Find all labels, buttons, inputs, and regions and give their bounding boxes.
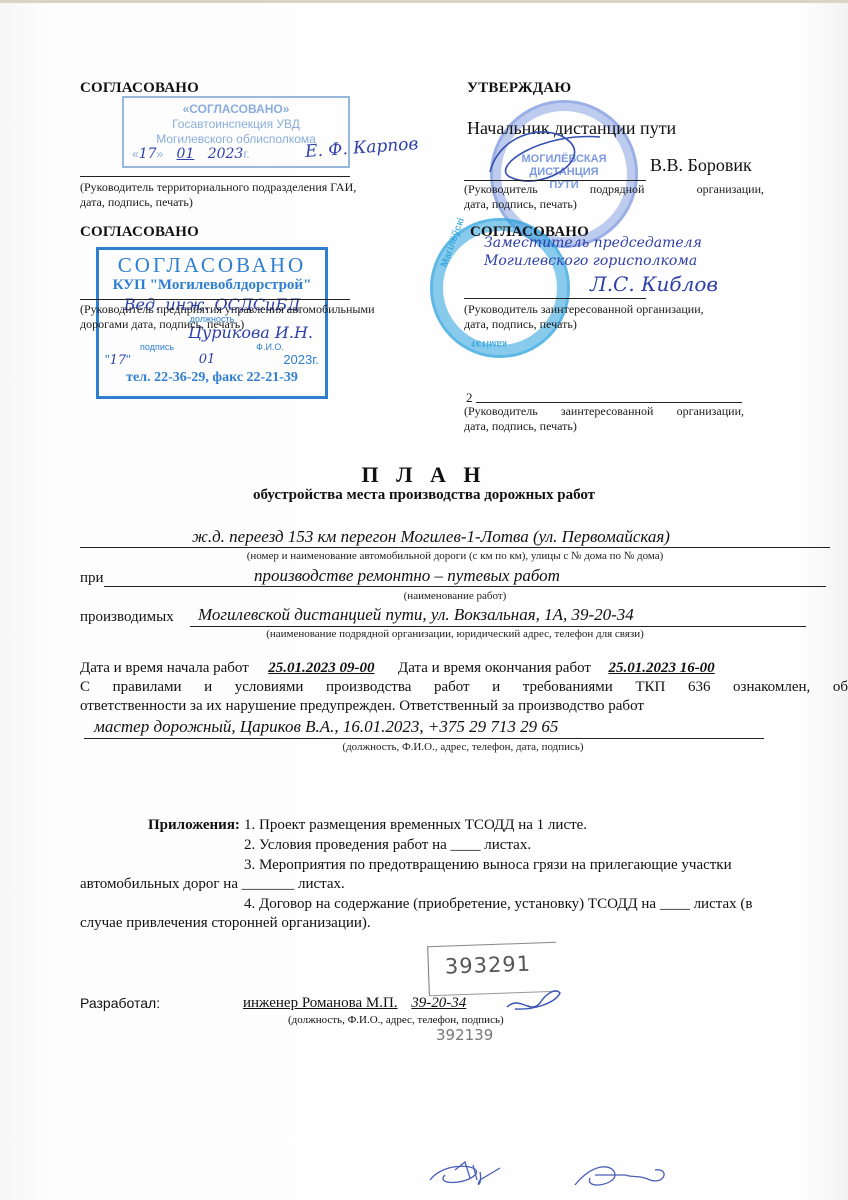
document-page: СОГЛАСОВАНО «СОГЛАСОВАНО» Госавтоинспекц… — [0, 0, 848, 1200]
gai-stamp-year: 2023 — [208, 146, 244, 162]
gai-caption: (Руководитель территориального подраздел… — [80, 180, 356, 210]
approve-caption-line2: дата, подпись, печать) — [464, 197, 764, 212]
contractor-field-caption: (наименование подрядной организации, юри… — [80, 628, 830, 640]
approve-name: В.В. Боровик — [650, 155, 752, 176]
interested1-caption-line1: (Руководитель заинтересованной организац… — [464, 302, 704, 317]
road-field-line — [80, 547, 830, 548]
approve-caption: (Руководитель подрядной организации, дат… — [464, 182, 764, 212]
city-stamp-text-top: Магілёўскі — [439, 216, 467, 268]
registration-number: 393291 — [428, 943, 557, 979]
attachments-label: Приложения: — [148, 817, 240, 834]
interested1-caption-line2: дата, подпись, печать) — [464, 317, 704, 332]
interested2-caption-line1: (Руководитель заинтересованной организац… — [464, 404, 744, 419]
bottom-signatures — [425, 1150, 685, 1195]
start-value: 25.01.2023 09-00 — [268, 660, 374, 676]
approve-signature-line — [464, 180, 646, 181]
works-field-value: производстве ремонтно – путевых работ — [254, 566, 560, 586]
plan-subtitle: обустройства места производства дорожных… — [0, 487, 848, 504]
rules-line2: ответственности за их нарушение предупре… — [80, 698, 644, 715]
responsible-field-value: мастер дорожный, Цариков В.А., 16.01.202… — [94, 717, 558, 737]
contractor-field-value: Могилевской дистанцией пути, ул. Вокзаль… — [198, 605, 634, 625]
road-approval-heading: СОГЛАСОВАНО — [80, 224, 199, 241]
interested1-handwritten-position: Заместитель председателя Могилевского го… — [484, 234, 724, 270]
contractor-field-line — [190, 626, 806, 627]
road-caption-line2: дорогами дата, подпись, печать) — [80, 317, 375, 332]
road-signature-line — [80, 299, 350, 300]
gai-stamp-month: 01 — [167, 146, 205, 162]
road-stamp-month: 01 — [199, 352, 216, 369]
interested1-signature-line — [464, 298, 646, 299]
developer-field: инженер Романова М.П. 39-20-34. — [243, 995, 530, 1012]
dates-row: Дата и время начала работ 25.01.2023 09-… — [80, 660, 715, 677]
road-caption: (Руководитель предприятия управления авт… — [80, 302, 375, 332]
handwritten-number-below: 392139 — [436, 1026, 493, 1044]
road-stamp-day: 17 — [110, 353, 127, 368]
interested1-handwritten-line1: Заместитель председателя — [484, 234, 724, 252]
gai-signature-line — [80, 176, 350, 177]
interested2-caption: (Руководитель заинтересованной организац… — [464, 404, 744, 434]
start-label: Дата и время начала работ — [80, 660, 249, 676]
interested2-signature-line — [476, 402, 742, 403]
approve-heading: УТВЕРЖДАЮ — [467, 80, 571, 97]
road-stamp-year: 2023г. — [283, 352, 319, 369]
interested1-signature: Л.С. Киблов — [590, 272, 718, 296]
responsible-field-line — [84, 738, 764, 739]
interested2-number: 2 — [466, 390, 473, 405]
developer-value: инженер Романова М.П. — [243, 995, 398, 1011]
works-field-caption: (наименование работ) — [80, 590, 830, 602]
plan-title: П Л А Н — [0, 462, 848, 488]
gai-stamp-day: 17 — [139, 146, 157, 162]
attachment-item-3-line1: 3. Мероприятия по предотвращению выноса … — [244, 857, 732, 874]
attachment-item-1: 1. Проект размещения временных ТСОДД на … — [244, 817, 587, 834]
approve-caption-line1: (Руководитель подрядной организации, — [464, 182, 764, 197]
road-stamp-phones: тел. 22-36-29, факс 22-21-39 — [99, 369, 325, 386]
developer-label: Разработал: — [80, 995, 160, 1011]
end-value: 25.01.2023 16-00 — [608, 660, 714, 676]
road-stamp-org: КУП "Могилевоблдорстрой" — [99, 276, 325, 294]
interested2-caption-line2: дата, подпись, печать) — [464, 419, 744, 434]
attachment-item-2: 2. Условия проведения работ на ____ лист… — [244, 837, 531, 854]
gai-caption-line2: дата, подпись, печать) — [80, 195, 356, 210]
responsible-field-caption: (должность, Ф.И.О., адрес, телефон, дата… — [80, 741, 846, 753]
works-field-line — [104, 586, 826, 587]
works-prefix: при — [80, 570, 104, 587]
gai-stamp-line1: «СОГЛАСОВАНО» — [124, 102, 348, 117]
road-field-caption: (номер и наименование автомобильной доро… — [80, 550, 830, 562]
interested1-caption: (Руководитель заинтересованной организац… — [464, 302, 704, 332]
contractor-prefix: производимых — [80, 609, 174, 626]
gai-stamp-year-suffix: г. — [243, 147, 249, 161]
gai-stamp-line2: Госавтоинспекция УВД — [124, 117, 348, 132]
road-caption-line1: (Руководитель предприятия управления авт… — [80, 302, 375, 317]
road-field-value: ж.д. переезд 153 км перегон Могилев-1-Ло… — [192, 527, 670, 547]
developer-caption: (должность, Ф.И.О., адрес, телефон, подп… — [288, 1014, 504, 1026]
road-stamp-signature-label: подпись — [140, 342, 174, 352]
scan-edge — [0, 0, 848, 3]
rules-line1: С правилами и условиями производства раб… — [80, 679, 848, 696]
city-stamp-text-bottom: камітэт — [471, 338, 507, 349]
attachment-item-4-line1: 4. Договор на содержание (приобретение, … — [244, 896, 752, 913]
end-label: Дата и время окончания работ — [398, 660, 591, 676]
developer-signature — [505, 985, 565, 1015]
attachment-item-4-line2: случае привлечения сторонней организации… — [80, 915, 371, 932]
road-stamp-name-label: Ф.И.О. — [256, 342, 284, 352]
interested1-handwritten-line2: Могилевского горисполкома — [484, 252, 724, 270]
gai-caption-line1: (Руководитель территориального подраздел… — [80, 180, 356, 195]
road-stamp-title: СОГЛАСОВАНО — [99, 254, 325, 276]
attachment-item-3-line2: автомобильных дорог на _______ листах. — [80, 876, 345, 893]
gai-approval-heading: СОГЛАСОВАНО — [80, 80, 199, 97]
